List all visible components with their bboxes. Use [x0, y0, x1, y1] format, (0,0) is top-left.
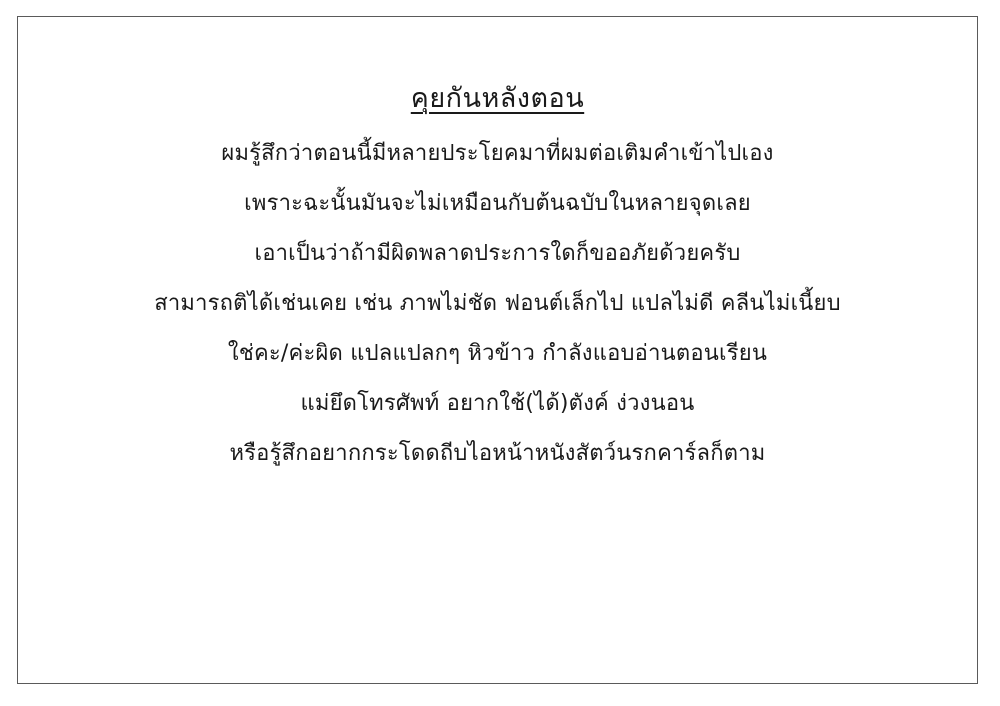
text-line-2: เพราะฉะนั้นมันจะไม่เหมือนกับต้นฉบับในหลา… — [18, 179, 977, 229]
text-line-7: หรือรู้สึกอยากกระโดดถีบไอหน้าหนังสัตว์นร… — [18, 429, 977, 479]
text-line-3: เอาเป็นว่าถ้ามีผิดพลาดประการใดก็ขออภัยด้… — [18, 229, 977, 279]
text-line-6: แม่ยึดโทรศัพท์ อยากใช้(ได้)ตังค์ ง่วงนอน — [18, 379, 977, 429]
afterword-content: คุยกันหลังตอน ผมรู้สึกว่าตอนนี้มีหลายประ… — [18, 79, 977, 479]
text-line-1: ผมรู้สึกว่าตอนนี้มีหลายประโยคมาที่ผมต่อเ… — [18, 129, 977, 179]
page-title: คุยกันหลังตอน — [18, 79, 977, 119]
text-line-5: ใช่คะ/ค่ะผิด แปลแปลกๆ หิวข้าว กำลังแอบอ่… — [18, 329, 977, 379]
text-line-4: สามารถติได้เช่นเคย เช่น ภาพไม่ชัด ฟอนต์เ… — [18, 279, 977, 329]
page-frame: คุยกันหลังตอน ผมรู้สึกว่าตอนนี้มีหลายประ… — [17, 16, 978, 684]
